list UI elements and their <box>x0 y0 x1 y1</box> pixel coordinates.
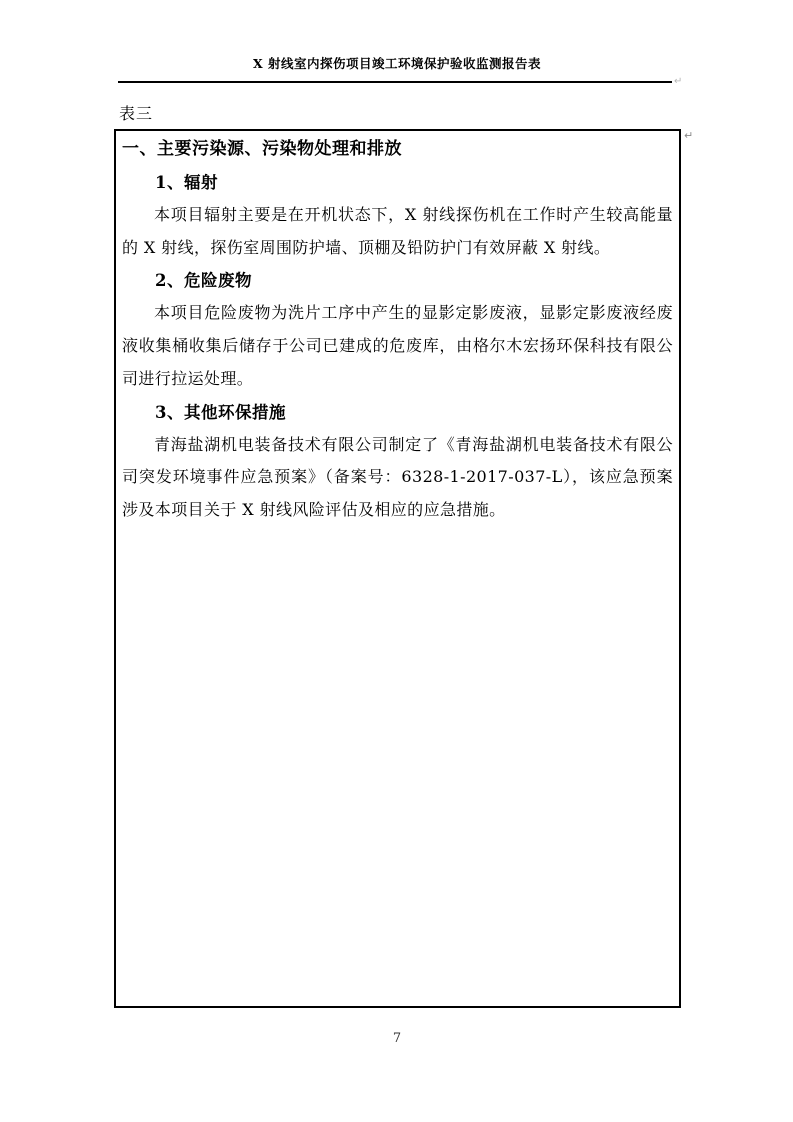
subsection-heading-hazardous-waste: 2、危险废物 <box>122 264 673 297</box>
return-mark-icon: ↵ <box>674 76 682 87</box>
table-label: 表三 <box>119 101 153 124</box>
header-rule <box>118 81 672 83</box>
page-number: 7 <box>114 1031 680 1046</box>
paragraph-radiation: 本项目辐射主要是在开机状态下，X 射线探伤机在工作时产生较高能量的 X 射线，探… <box>122 199 673 264</box>
paragraph-other-measures: 青海盐湖机电装备技术有限公司制定了《青海盐湖机电装备技术有限公司突发环境事件应急… <box>122 429 673 527</box>
header-title: X 射线室内探伤项目竣工环境保护验收监测报告表 <box>114 54 680 72</box>
section-title: 一、主要污染源、污染物处理和排放 <box>122 133 673 166</box>
paragraph-hazardous-waste: 本项目危险废物为洗片工序中产生的显影定影废液，显影定影废液经废液收集桶收集后储存… <box>122 297 673 395</box>
return-mark-icon: ↵ <box>684 129 693 142</box>
content-box: 一、主要污染源、污染物处理和排放 1、辐射 本项目辐射主要是在开机状态下，X 射… <box>114 129 681 1008</box>
subsection-heading-other-measures: 3、其他环保措施 <box>122 396 673 429</box>
subsection-heading-radiation: 1、辐射 <box>122 166 673 199</box>
